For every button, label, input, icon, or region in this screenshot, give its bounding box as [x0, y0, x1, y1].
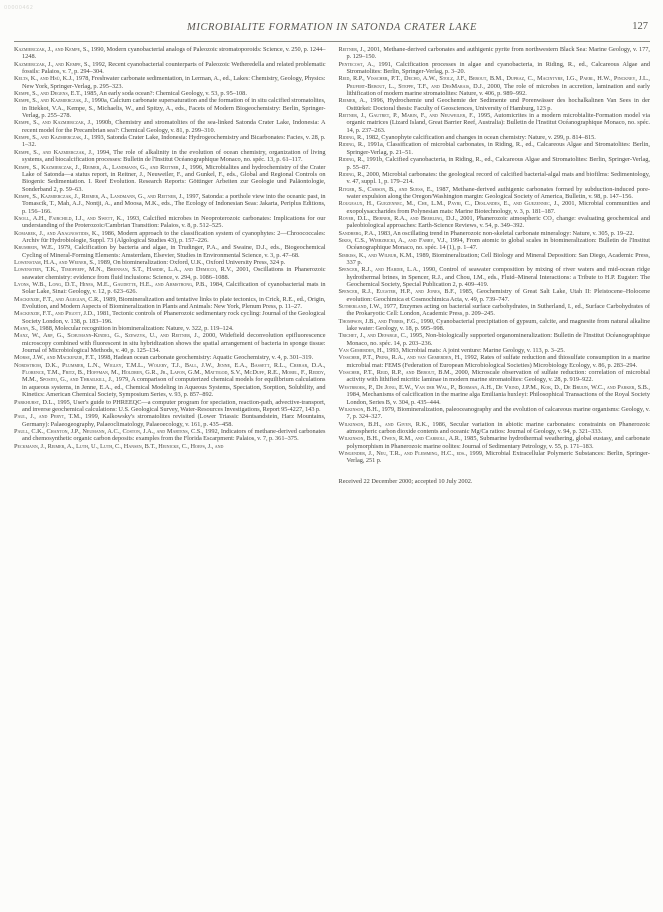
- reference-text: 1977, Enzymes acting on bacterial surfac…: [347, 303, 651, 317]
- reference-entry: Lowenstam, H.A., and Weiner, S., 1989, O…: [14, 259, 326, 266]
- reference-entry: Parkhurst, D.L., 1995, User's guide to P…: [14, 399, 326, 414]
- reference-entry: Pentecost, A., 1991, Calcification proce…: [339, 61, 651, 76]
- reference-authors: Lowenstein, T.K., Timofeeff, M.N., Brenn…: [14, 266, 233, 273]
- reference-entry: Kempe, S., and Kazmierczak, J., 1990b, C…: [14, 119, 326, 134]
- reference-authors: Ritger, S., Carson, B., and Suess, E.,: [339, 186, 434, 193]
- paper-page: { "watermark": "00000462", "header": { "…: [0, 0, 663, 912]
- reference-text: 1991, Calcification processes in algae a…: [347, 61, 651, 75]
- reference-authors: Wilkinson, B.H., and Given, R.K.,: [339, 421, 430, 428]
- reference-entry: Rougeaux, H., Guezennec, M., Che, L.M., …: [339, 200, 651, 215]
- reference-entry: Kempe, S., and Kazmierczak, J., 1994, Th…: [14, 149, 326, 164]
- reference-authors: Lowenstam, H.A., and Weiner, S.,: [14, 259, 96, 266]
- reference-entry: Mackenzie, F.T., and Pigott, J.D., 1981,…: [14, 310, 326, 325]
- running-header: MICROBIALITE FORMATION IN SATONDA CRATER…: [14, 20, 650, 42]
- reference-entry: Sandberg, P.A., 1983, An oscillating tre…: [339, 230, 651, 237]
- reference-entry: Riding, R., 1982, Cyanophyte calcificati…: [339, 134, 651, 141]
- reference-entry: Riding, R., 1991a, Classification of mic…: [339, 141, 651, 156]
- references-column-right: Reitner, J., 2001, Methane-derived carbo…: [339, 46, 651, 485]
- reference-entry: Simkiss, K., and Wilbur, K.M., 1989, Bio…: [339, 252, 651, 267]
- reference-authors: Reitner, J.,: [339, 46, 366, 53]
- reference-entry: Thompson, J.B., and Ferris, F.G., 1990, …: [339, 318, 651, 333]
- reference-entry: Kempe, S., Kazmierczak, J., Reimer, A., …: [14, 193, 326, 215]
- reference-authors: Peckmann, J., Reimer, A., Luth, U., Luth…: [14, 443, 223, 450]
- reference-entry: Mann, S., 1988, Molecular recognition in…: [14, 325, 326, 332]
- reference-entry: Kempe, S., and Kazmierczak, J., 1993, Sa…: [14, 134, 326, 149]
- reference-entry: Lowenstein, T.K., Timofeeff, M.N., Brenn…: [14, 266, 326, 281]
- reference-text: 1988, Molecular recognition in biominera…: [38, 325, 234, 332]
- reference-entry: Wingender, J., Neu, T.R., and Flemming, …: [339, 450, 651, 465]
- reference-authors: Wilkinson, B.H.,: [339, 406, 380, 413]
- reference-authors: Kempe, S., and Degens, E.T.,: [14, 90, 83, 97]
- reference-entry: Nordstrom, D.K., Plummer, L.N., Wigley, …: [14, 362, 326, 399]
- reference-entry: Reid, R.P., Visscher, P.T., Decho, A.W.,…: [339, 75, 651, 97]
- reference-authors: Sikes, C.S., Wierzbicki, A., and Fabry, …: [339, 237, 448, 244]
- reference-entry: Reitner, J., Gautret, P., Marin, F., and…: [339, 112, 651, 134]
- reference-entry: Van Gemerden, H., 1993, Microbial mats: …: [339, 347, 651, 354]
- reference-text: 1983, An oscillating trend in Phanerozoi…: [376, 230, 634, 237]
- references-list-right: Reitner, J., 2001, Methane-derived carbo…: [339, 46, 651, 465]
- reference-authors: Mann, S.,: [14, 325, 38, 332]
- reference-text: 1996, Hydrochemie und Geochemie der Sedi…: [347, 97, 651, 111]
- reference-text: 1998, Hadean ocean carbonate geochemistr…: [96, 354, 313, 361]
- reference-authors: Van Gemerden, H.,: [339, 347, 385, 354]
- reference-entry: Spencer, R.J., Eugster, H.P., and Jones,…: [339, 288, 651, 303]
- reference-entry: Reitner, J., 2001, Methane-derived carbo…: [339, 46, 651, 61]
- reference-entry: Paul, J., and Peryt, T.M., 1999, Kalkows…: [14, 413, 326, 428]
- reference-authors: Mackenzie, F.T., and Pigott, J.D.,: [14, 310, 95, 317]
- reference-entry: Royer, D.L., Berner, R.A., and Beerling,…: [339, 215, 651, 230]
- reference-text: 1985, An early soda ocean?: Chemical Geo…: [83, 90, 247, 97]
- reference-text: 2001, Methane-derived carbonates and aut…: [347, 46, 651, 60]
- reference-authors: Spencer, R.J., and Hardie, L.A.,: [339, 266, 421, 273]
- reference-authors: Parkhurst, D.L.,: [14, 399, 56, 406]
- reference-authors: Riding, R.,: [339, 141, 366, 148]
- reference-authors: Wingender, J., Neu, T.R., and Flemming, …: [339, 450, 468, 457]
- reference-authors: Thompson, J.B., and Ferris, F.G.,: [339, 318, 419, 325]
- reference-entry: Kelts, K., and Hsü, K.J., 1978, Freshwat…: [14, 75, 326, 90]
- reference-entry: Mackenzie, F.T., and Agegian, C.R., 1989…: [14, 296, 326, 311]
- reference-text: 2000, Microbial carbonates: the geologic…: [347, 171, 651, 185]
- reference-authors: Paull, C.K., Chanton, J.P., Neumann, A.C…: [14, 428, 203, 435]
- reference-authors: Reimer, A.,: [339, 97, 368, 104]
- reference-entry: Spencer, R.J., and Hardie, L.A., 1990, C…: [339, 266, 651, 288]
- reference-authors: Kempe, S., and Kazmierczak, J.,: [14, 97, 90, 104]
- reference-entry: Manz, W., Arp, G., Schumann-Kindel, G., …: [14, 332, 326, 354]
- reference-text: 1991a, Classification of microbial carbo…: [347, 141, 651, 155]
- reference-authors: Paul, J., and Peryt, T.M.,: [14, 413, 82, 420]
- reference-authors: Kazmierczak, J., and Kempe, S.,: [14, 61, 91, 68]
- reference-entry: Morse, J.W., and Mackenzie, F.T., 1998, …: [14, 354, 326, 361]
- reference-entry: Riding, R., 2000, Microbial carbonates: …: [339, 171, 651, 186]
- reference-authors: Trichet, J., and Defarge, C.,: [339, 332, 408, 339]
- reference-entry: Lyons, W.B., Long, D.T., Hines, M.E., Ga…: [14, 281, 326, 296]
- received-accepted-note: Received 22 December 2000; accepted 10 J…: [339, 478, 651, 485]
- reference-authors: Krumbein, W.E.,: [14, 244, 55, 251]
- reference-entry: Reimer, A., 1996, Hydrochemie und Geoche…: [339, 97, 651, 112]
- reference-entry: Komarek, J., and Anagnostidis, K., 1986,…: [14, 230, 326, 245]
- reference-authors: Manz, W., Arp, G., Schumann-Kindel, G., …: [14, 332, 200, 339]
- reference-entry: Wilkinson, B.H., Owen, R.M., and Carroll…: [339, 435, 651, 450]
- reference-authors: Kempe, S., and Kazmierczak, J.,: [14, 119, 93, 126]
- reference-authors: Riding, R.,: [339, 156, 365, 163]
- reference-authors: Kempe, S., Kazmierczak, J., Reimer, A., …: [14, 193, 185, 200]
- reference-authors: Simkiss, K., and Wilbur, K.M.,: [339, 252, 415, 259]
- running-head-title: MICROBIALITE FORMATION IN SATONDA CRATER…: [14, 22, 650, 33]
- reference-text: 1984, Mechanisms of calcification in the…: [347, 391, 651, 405]
- reference-entry: Kempe, S., and Kazmierczak, J., 1990a, C…: [14, 97, 326, 119]
- references-column-left: Kazmierczak, J., and Kempe, S., 1990, Mo…: [14, 46, 326, 485]
- reference-authors: Reitner, J., Gautret, P., Marin, F., and…: [339, 112, 476, 119]
- reference-entry: Kazmierczak, J., and Kempe, S., 1990, Mo…: [14, 46, 326, 61]
- reference-authors: Komarek, J., and Anagnostidis, K.,: [14, 230, 100, 237]
- reference-authors: Visscher, P.T., Prins, R.A., and van Gem…: [339, 354, 463, 361]
- reference-text: 1989, On biomineralization: Oxford, U.K.…: [96, 259, 285, 266]
- reference-authors: Royer, D.L., Berner, R.A., and Beerling,…: [339, 215, 458, 222]
- reference-authors: Kempe, S., and Kazmierczak, J.,: [14, 134, 90, 141]
- reference-entry: Peckmann, J., Reimer, A., Luth, U., Luth…: [14, 443, 326, 450]
- reference-entry: Visscher, P.T., Prins, R.A., and van Gem…: [339, 354, 651, 369]
- reference-authors: Kempe, S., and Kazmierczak, J.,: [14, 149, 94, 156]
- reference-authors: Visscher, P.T., Reid, R.P., and Bebout, …: [339, 369, 453, 376]
- reference-entry: Kazmierczak, J., and Kempe, S., 1992, Re…: [14, 61, 326, 76]
- reference-entry: Paull, C.K., Chanton, J.P., Neumann, A.C…: [14, 428, 326, 443]
- reference-authors: Mackenzie, F.T., and Agegian, C.R.,: [14, 296, 101, 303]
- reference-text: 1979, Biomineralization, paleoceanograph…: [347, 406, 651, 420]
- reference-authors: Rougeaux, H., Guezennec, M., Che, L.M., …: [339, 200, 560, 207]
- reference-entry: Riding, R., 1991b, Calcified cyanobacter…: [339, 156, 651, 171]
- reference-text: 1991b, Calcified cyanobacteria, in Ridin…: [347, 156, 651, 170]
- reference-text: 1995, User's guide to PHREEQC—a computer…: [22, 399, 326, 413]
- reference-entry: Krumbein, W.E., 1979, Calcification by b…: [14, 244, 326, 259]
- reference-authors: Kempe, S., Kazmierczak, J., Reimer, A., …: [14, 164, 188, 171]
- reference-authors: Pentecost, A.,: [339, 61, 375, 68]
- reference-text: 1979, Calcification by bacteria and alga…: [22, 244, 326, 258]
- reference-entry: Knoll, A.H., Fairchild, I.J., and Swett,…: [14, 215, 326, 230]
- reference-authors: Westbroek, P., De Jong, E.W., Van der Wa…: [339, 384, 651, 391]
- reference-text: 1993, Microbial mats: A joint venture: M…: [385, 347, 565, 354]
- page-number: 127: [632, 21, 648, 32]
- reference-entry: Sutherland, I.W., 1977, Enzymes acting o…: [339, 303, 651, 318]
- reference-authors: Riding, R.,: [339, 134, 365, 141]
- reference-entry: Wilkinson, B.H., and Given, R.K., 1986, …: [339, 421, 651, 436]
- reference-authors: Lyons, W.B., Long, D.T., Hines, M.E., Ga…: [14, 281, 207, 288]
- reference-authors: Knoll, A.H., Fairchild, I.J., and Swett,…: [14, 215, 124, 222]
- reference-authors: Riding, R.,: [339, 171, 365, 178]
- reference-authors: Sutherland, I.W.,: [339, 303, 382, 310]
- scan-watermark: 00000462: [4, 5, 33, 11]
- reference-entry: Wilkinson, B.H., 1979, Biomineralization…: [339, 406, 651, 421]
- reference-authors: Sandberg, P.A.,: [339, 230, 377, 237]
- reference-entry: Visscher, P.T., Reid, R.P., and Bebout, …: [339, 369, 651, 384]
- reference-authors: Spencer, R.J., Eugster, H.P., and Jones,…: [339, 288, 457, 295]
- reference-authors: Kazmierczak, J., and Kempe, S.,: [14, 46, 90, 53]
- reference-entry: Ritger, S., Carson, B., and Suess, E., 1…: [339, 186, 651, 201]
- reference-entry: Kempe, S., and Degens, E.T., 1985, An ea…: [14, 90, 326, 97]
- reference-entry: Kempe, S., Kazmierczak, J., Reimer, A., …: [14, 164, 326, 193]
- reference-authors: Wilkinson, B.H., Owen, R.M., and Carroll…: [339, 435, 463, 442]
- reference-entry: Trichet, J., and Defarge, C., 1995, Non-…: [339, 332, 651, 347]
- references-section: Kazmierczak, J., and Kempe, S., 1990, Mo…: [14, 46, 650, 485]
- reference-authors: Morse, J.W., and Mackenzie, F.T.,: [14, 354, 96, 361]
- reference-authors: Kelts, K., and Hsü, K.J.,: [14, 75, 74, 82]
- reference-text: 1982, Cyanophyte calcification and chang…: [364, 134, 596, 141]
- reference-entry: Sikes, C.S., Wierzbicki, A., and Fabry, …: [339, 237, 651, 252]
- reference-entry: Westbroek, P., De Jong, E.W., Van der Wa…: [339, 384, 651, 406]
